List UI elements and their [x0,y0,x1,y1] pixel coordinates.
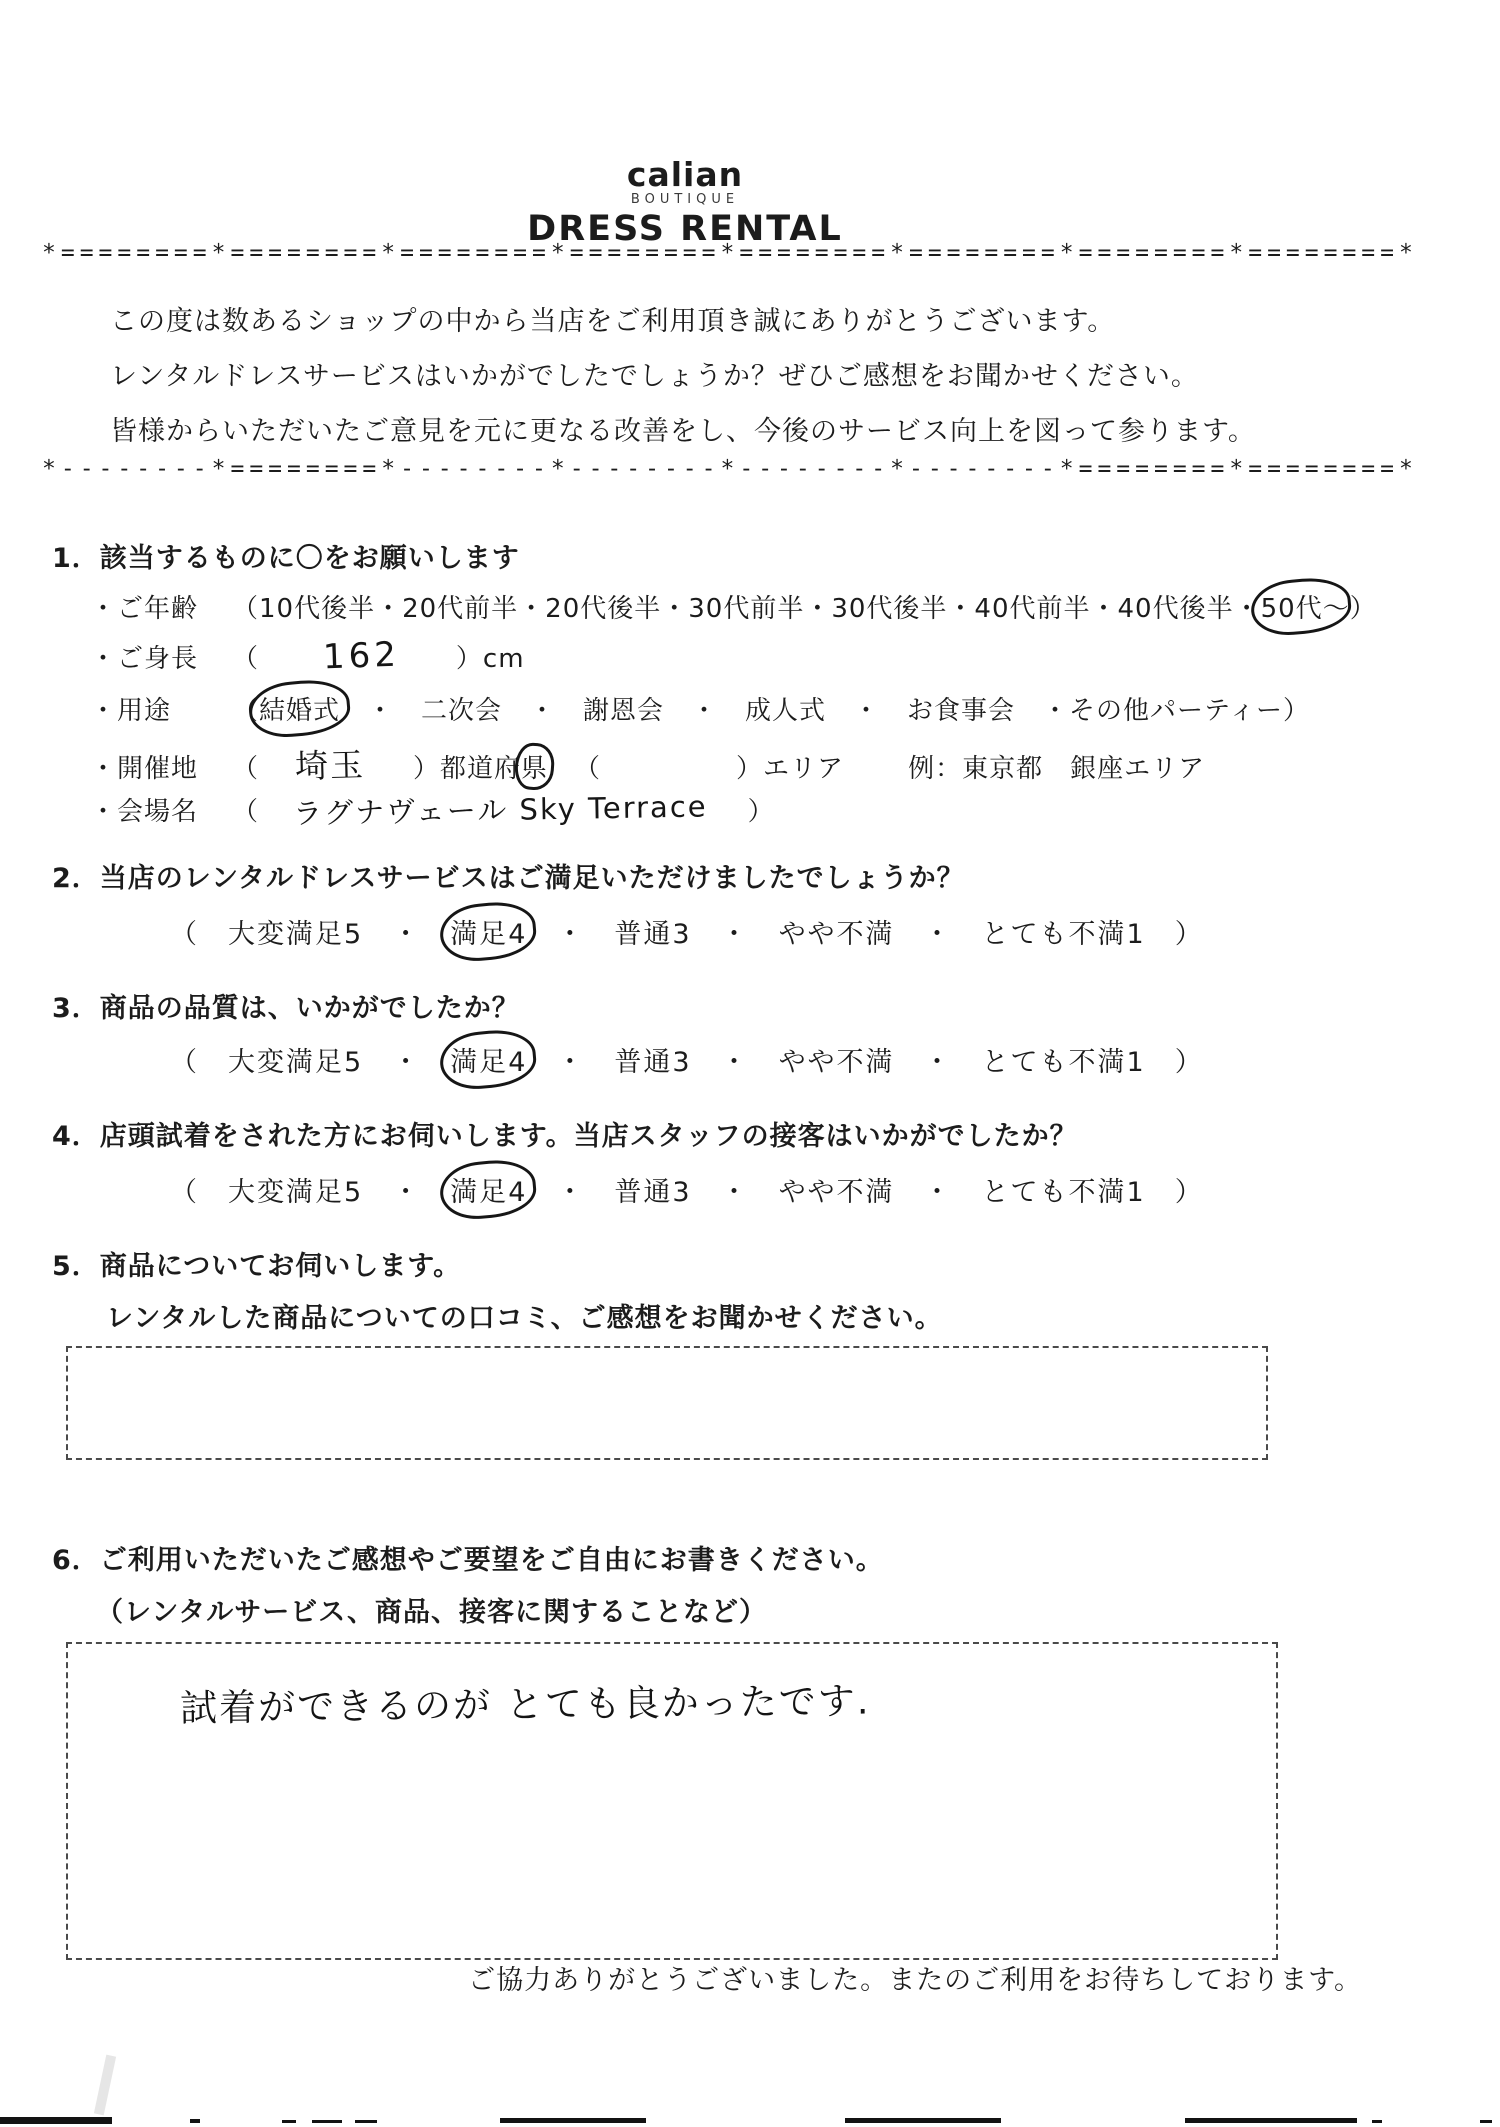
scale-option-normal: 普通3 [614,919,691,950]
scale-close-paren: ） [1146,1047,1204,1078]
scan-artifact [500,2118,646,2123]
scale-option-very-dissatisfied: とても不満1 [982,919,1146,950]
q1-height-open-paren: （ [232,644,259,674]
q1-hall-open-paren: （ [232,797,259,827]
scale-option-satisfied-num: 4 [508,1047,527,1078]
brand-subtitle: BOUTIQUE [0,192,1370,207]
separator-top: *========*========*========*========*===… [42,240,1466,266]
q4-title: 4．店頭試着をされた方にお伺いします。当店スタッフの接客はいかがでしたか？ [52,1114,1078,1153]
q5-title: 5．商品についてお伺いします。 [52,1244,461,1283]
q5-answer-text [180,1370,1266,1381]
q1-venue-example: 例：東京都 銀座エリア [908,754,1205,784]
intro-line-3: 皆様からいただいたご意見を元に更なる改善をし、今後のサービス向上を図って参ります… [110,404,1256,459]
handwritten-height-value: 162 [322,635,400,678]
brand-logo: calian [0,158,1370,192]
q1-height-row: ・ご身長（162）cm [90,636,525,676]
q5-answer-box [66,1346,1268,1460]
scale-dot: ・ [895,1177,982,1208]
scale-open-paren: （ [170,1047,228,1078]
q1-purpose-row: ・用途（結婚式 ・ 二次会 ・ 謝恩会 ・ 成人式 ・ お食事会 ・その他パーテ… [90,690,1310,727]
scale-close-paren: ） [1146,1177,1204,1208]
intro-line-1: この度は数あるショップの中から当店をご利用頂き誠にありがとうございます。 [110,294,1256,349]
q6-answer-box: 試着ができるのが とても良かったです. [66,1642,1278,1960]
scan-artifact [0,2117,112,2124]
scale-option-slightly-dissatisfied: やや不満 [779,1177,895,1208]
scale-option-normal: 普通3 [614,1177,691,1208]
scale-dot: ・ [363,1177,450,1208]
scale-dot: ・ [527,1047,614,1078]
scale-option-very-dissatisfied: とても不満1 [982,1047,1146,1078]
q1-purpose-options: ・ 二次会 ・ 謝恩会 ・ 成人式 ・ お食事会 ・その他パーティー） [340,696,1310,726]
q1-venue-area-field: （ ）エリア [574,754,844,784]
q1-venue-open-paren: （ [232,754,259,784]
q1-height-close-paren: ）cm [456,644,525,674]
scale-option-normal: 普通3 [614,1047,691,1078]
q1-purpose-open-paren: （ [232,696,259,726]
scan-smudge [94,2055,116,2116]
handwritten-hall-value: ラグナヴェール Sky Terrace [293,784,708,832]
scale-dot: ・ [895,919,982,950]
scale-dot: ・ [527,1177,614,1208]
q1-hall-close-paren: ） [748,797,775,827]
q1-age-options: （10代後半・20代前半・20代後半・30代前半・30代後半・40代前半・40代… [232,594,1261,624]
questionnaire-page: calian BOUTIQUE DRESS RENTAL *========*=… [0,0,1500,2127]
scan-artifact [190,2119,200,2123]
scale-dot: ・ [363,1047,450,1078]
q3-scale-row: （ 大変満足5 ・ 満足4 ・ 普通3 ・ やや不満 ・ とても不満1 ） [170,1040,1204,1079]
scan-artifact [1372,2120,1382,2123]
circle-annotation-q4: 満足 [450,1170,508,1209]
scale-option-very-satisfied: 大変満足5 [228,1177,363,1208]
q2-scale-row: （ 大変満足5 ・ 満足4 ・ 普通3 ・ やや不満 ・ とても不満1 ） [170,912,1204,951]
scale-dot: ・ [527,919,614,950]
q1-venue-label: ・開催地 [90,748,232,785]
q1-hall-row: ・会場名（ラグナヴェール Sky Terrace） [90,788,775,829]
header: calian BOUTIQUE DRESS RENTAL [0,158,1370,249]
handwritten-comment: 試着ができるのが とても良かったです. [180,1666,1277,1731]
q1-title: 1．該当するものに〇をお願いします [52,536,520,575]
scale-option-very-satisfied: 大変満足5 [228,919,363,950]
intro-paragraph: この度は数あるショップの中から当店をご利用頂き誠にありがとうございます。 レンタ… [110,294,1256,459]
scan-artifact [282,2120,296,2123]
scan-artifact [355,2120,377,2123]
q2-title: 2．当店のレンタルドレスサービスはご満足いただけましたでしょうか？ [52,856,965,895]
q1-height-label: ・ご身長 [90,638,232,675]
scale-option-very-satisfied: 大変満足5 [228,1047,363,1078]
q4-scale-row: （ 大変満足5 ・ 満足4 ・ 普通3 ・ やや不満 ・ とても不満1 ） [170,1170,1204,1209]
scale-open-paren: （ [170,919,228,950]
scale-close-paren: ） [1146,919,1204,950]
scan-artifact [845,2118,1001,2123]
q1-age-row: ・ご年齢（10代後半・20代前半・20代後半・30代前半・30代後半・40代前半… [90,588,1377,625]
intro-line-2: レンタルドレスサービスはいかがでしたでしょうか？ぜひご感想をお聞かせください。 [110,349,1256,404]
q3-title: 3．商品の品質は、いかがでしたか？ [52,986,520,1025]
q1-venue-prefecture-text: ）都道府 [413,754,521,784]
separator-bottom: *--------*========*--------*--------*---… [42,456,1466,482]
scale-option-very-dissatisfied: とても不満1 [982,1177,1146,1208]
q5-subtitle: レンタルした商品についての口コミ、ご感想をお聞かせください。 [106,1296,943,1335]
scale-dot: ・ [692,1047,779,1078]
scale-dot: ・ [692,1177,779,1208]
q1-age-label: ・ご年齢 [90,588,232,625]
scan-artifact [312,2120,342,2123]
q1-venue-row: ・開催地（埼玉）都道府県（ ）エリア例：東京都 銀座エリア [90,740,1205,787]
circle-annotation-prefecture: 県 [521,748,548,785]
scale-option-satisfied-num: 4 [508,1177,527,1208]
circle-annotation-purpose: 結婚式 [259,690,340,727]
q1-purpose-label: ・用途 [90,690,232,727]
circle-annotation-q3: 満足 [450,1040,508,1079]
scale-option-slightly-dissatisfied: やや不満 [779,1047,895,1078]
handwritten-venue-value: 埼玉 [294,739,365,788]
scale-option-satisfied-num: 4 [508,919,527,950]
q6-subtitle: （レンタルサービス、商品、接客に関することなど） [96,1590,767,1629]
q6-title: 6．ご利用いただいたご感想やご要望をご自由にお書きください。 [52,1538,884,1577]
scan-artifact [1480,2120,1492,2123]
q1-age-options-end: ～） [1323,594,1377,624]
scan-artifact [1185,2118,1357,2123]
scale-dot: ・ [895,1047,982,1078]
q1-hall-label: ・会場名 [90,791,232,828]
scale-dot: ・ [363,919,450,950]
circle-annotation-age: 50代 [1261,588,1323,625]
circle-annotation-q2: 満足 [450,912,508,951]
scale-option-slightly-dissatisfied: やや不満 [779,919,895,950]
scale-open-paren: （ [170,1177,228,1208]
scale-dot: ・ [692,919,779,950]
footer-thanks: ご協力ありがとうございました。またのご利用をお待ちしております。 [0,1958,1362,1997]
